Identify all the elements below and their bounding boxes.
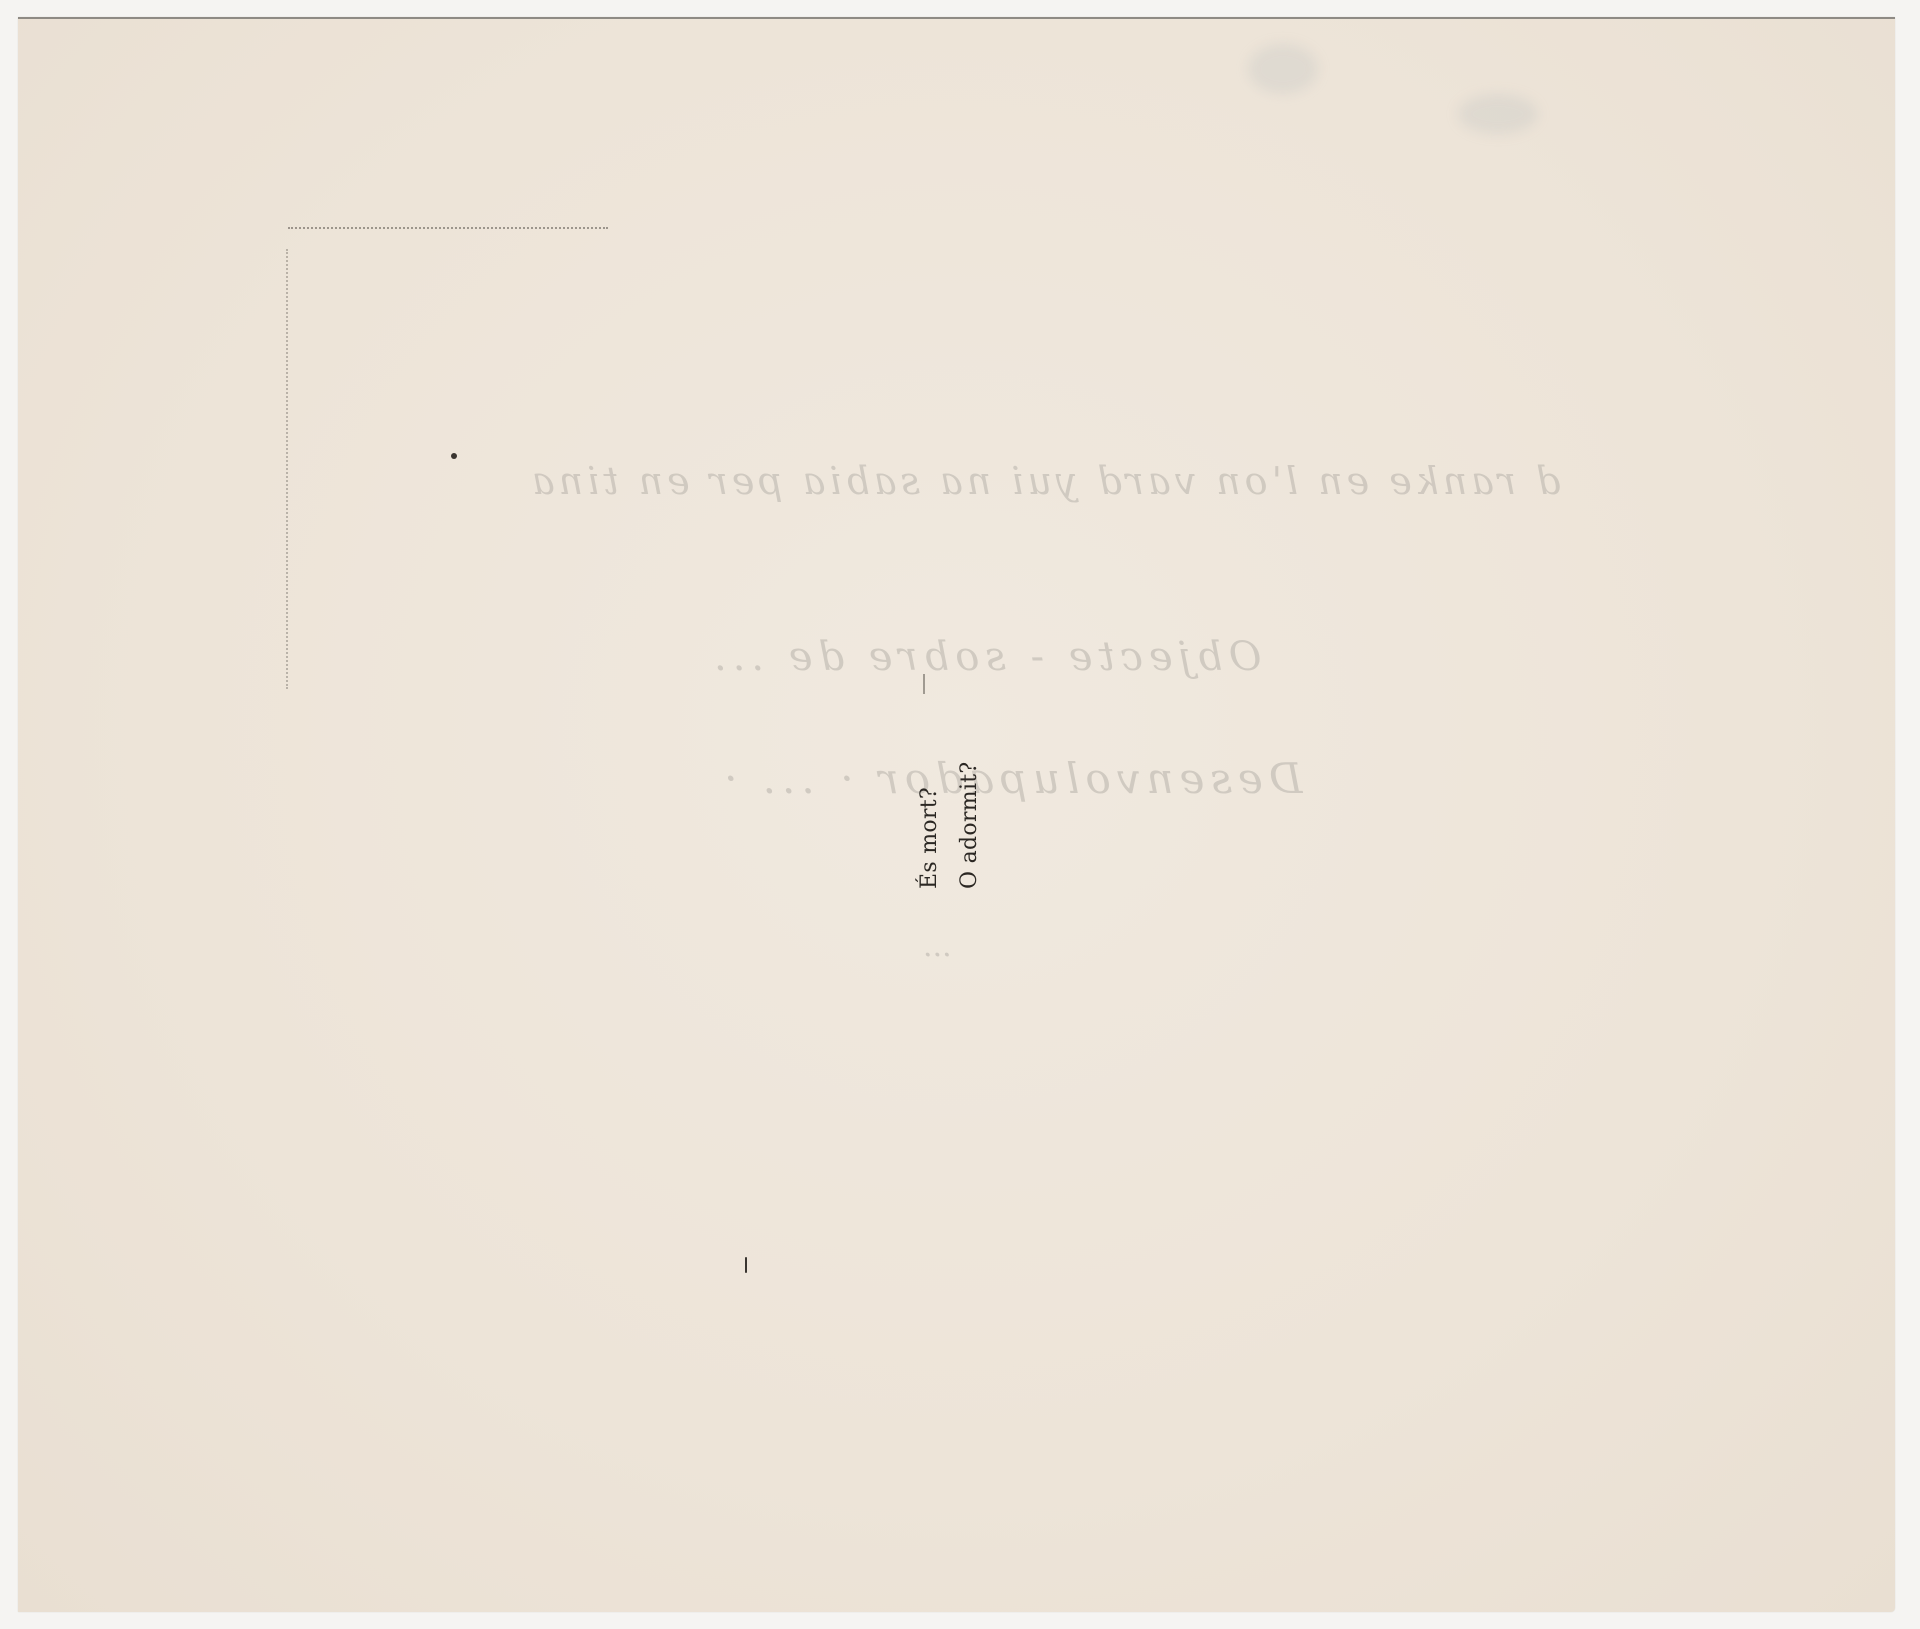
scan-background: d ranke en l'on vard yui na sabia per en… — [0, 0, 1920, 1629]
dotted-mark-top — [288, 227, 608, 230]
ink-dot — [451, 453, 457, 459]
smudge-mark — [1458, 94, 1538, 134]
ink-tick — [745, 1257, 747, 1273]
handwriting-line-3: Desenvolupador · ... · — [718, 754, 1302, 803]
dotted-mark-left — [286, 249, 289, 689]
printed-line-es-mort: És mort? — [910, 709, 950, 889]
printed-line-o-adormit: O adormit? — [950, 709, 990, 889]
paper-sheet: d ranke en l'on vard yui na sabia per en… — [18, 17, 1895, 1612]
handwriting-line-2: Objecte - sobre de ... — [708, 634, 1261, 680]
handwriting-line-4: ... — [923, 929, 952, 964]
printed-dash-mark — [923, 674, 925, 694]
smudge-mark — [1248, 44, 1318, 94]
handwriting-line-1: d ranke en l'on vard yui na sabia per en… — [528, 459, 1560, 503]
printed-text-block: És mort? O adormit? — [910, 709, 990, 889]
